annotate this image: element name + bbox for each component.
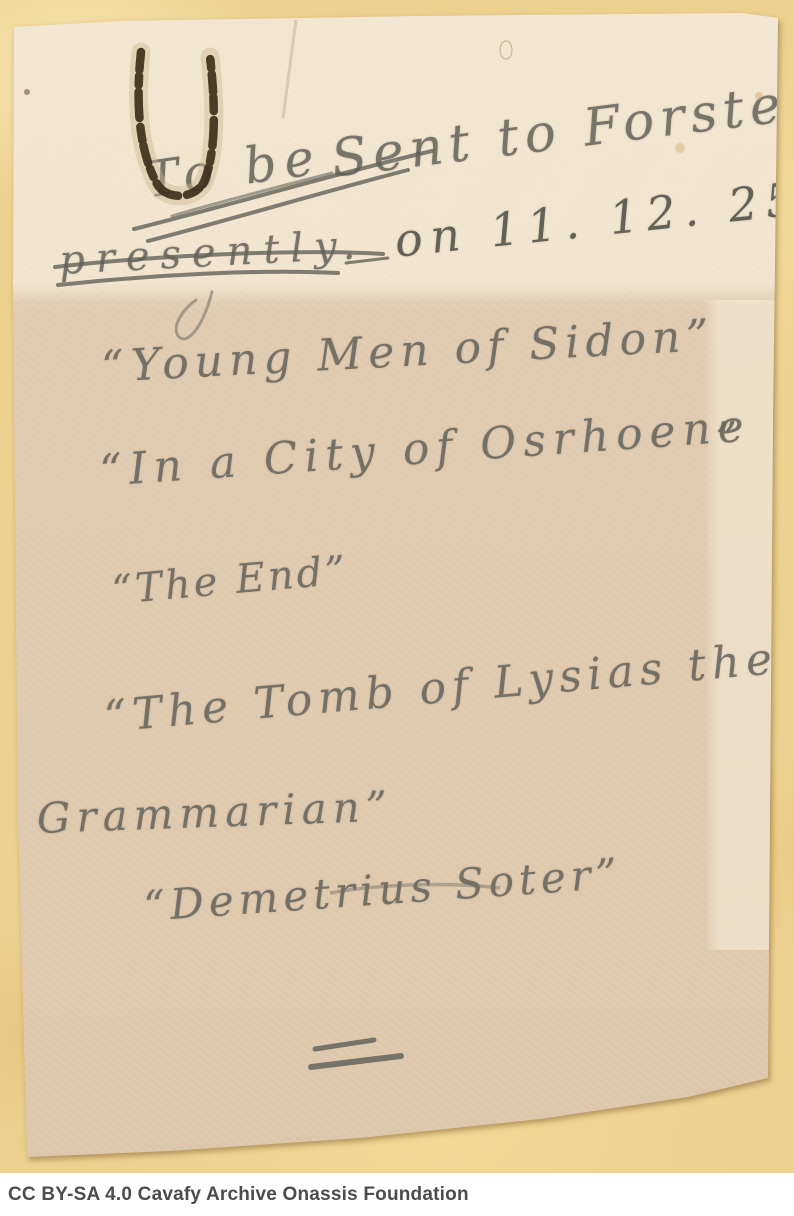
poem-title-the-end: “The End” <box>110 547 350 614</box>
document-scan: To be Sent to Forster presently. on 11. … <box>0 0 794 1216</box>
poem-title-in-a-city-of-osrhoene: “In a City of Osrhoene <box>98 400 752 496</box>
poem-title-young-men-of-sidon: “Young Men of Sidon” <box>100 310 716 393</box>
license-caption-bar: CC BY-SA 4.0 Cavafy Archive Onassis Foun… <box>0 1173 794 1216</box>
osrhoene-closing-quote: ” <box>714 412 740 464</box>
license-caption-text: CC BY-SA 4.0 Cavafy Archive Onassis Foun… <box>8 1184 469 1206</box>
paper-shadow-wrap: To be Sent to Forster presently. on 11. … <box>0 0 794 1216</box>
end-rule-mark <box>311 1040 401 1067</box>
poem-title-tomb-of-lysias-line1: “The Tomb of Lysias the <box>102 633 780 743</box>
paper-right-light-band <box>704 300 778 950</box>
poem-title-tomb-of-lysias-line2: Grammarian” <box>36 782 394 843</box>
poem-title-demetrius-soter: “Demetrius Soter” <box>142 849 624 931</box>
paper-sheet: To be Sent to Forster presently. on 11. … <box>0 0 794 1216</box>
